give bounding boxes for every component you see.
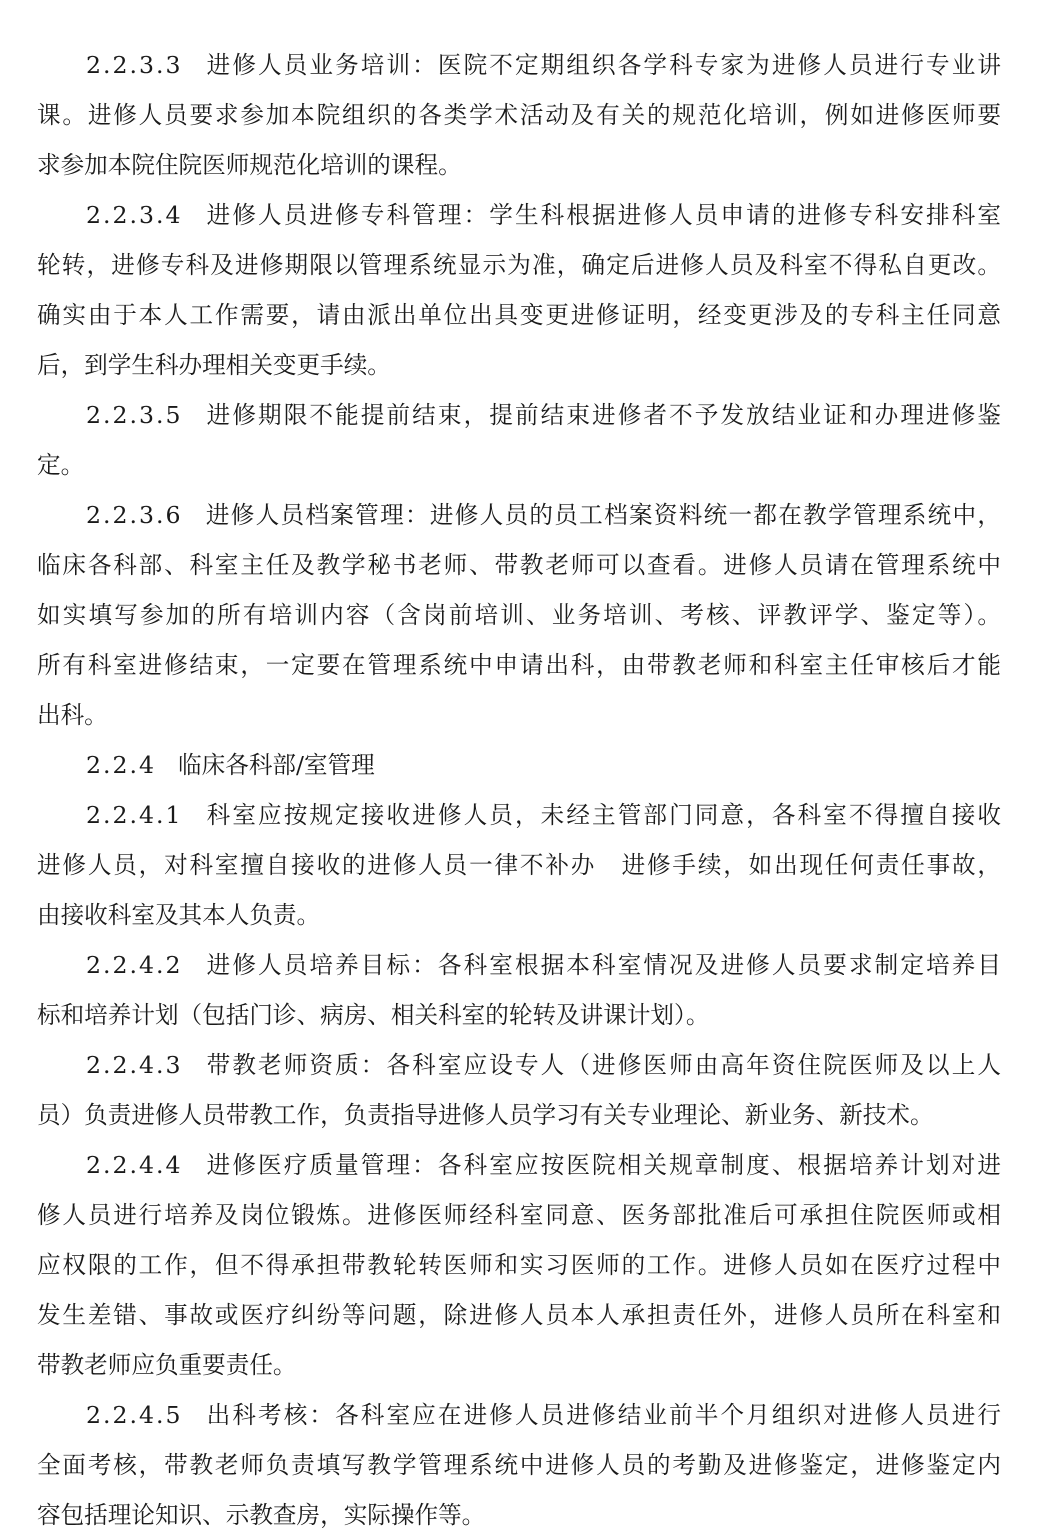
section-number: 2.2.3.3 (86, 51, 183, 79)
paragraph-line: 轮转，进修专科及进修期限以管理系统显示为准，确定后进修人员及科室不得私自更改。 (37, 240, 1001, 290)
line-text: 进修人员业务培训：医院不定期组织各学科专家为进修人员进行专业讲 (205, 51, 1001, 79)
paragraph-line: 如实填写参加的所有培训内容（含岗前培训、业务培训、考核、评教评学、鉴定等）。 (37, 590, 1001, 640)
section-heading: 2.2.4临床各科部/室管理 (37, 740, 1001, 790)
paragraph-line: 求参加本院住院医师规范化培训的课程。 (37, 140, 1001, 190)
paragraph-line: 课。进修人员要求参加本院组织的各类学术活动及有关的规范化培训，例如进修医师要 (37, 90, 1001, 140)
paragraph-line: 2.2.4.2进修人员培养目标：各科室根据本科室情况及进修人员要求制定培养目 (37, 940, 1001, 990)
paragraph-line: 进修人员，对科室擅自接收的进修人员一律不补办 进修手续，如出现任何责任事故， (37, 840, 1001, 890)
line-text: 带教老师资质：各科室应设专人（进修医师由高年资住院医师及以上人 (205, 1051, 1001, 1079)
section-number: 2.2.4 (86, 751, 156, 779)
paragraph-line: 后，到学生科办理相关变更手续。 (37, 340, 1001, 390)
section-number: 2.2.4.2 (86, 951, 183, 979)
heading-text: 临床各科部/室管理 (178, 751, 375, 779)
paragraph-line: 2.2.3.4进修人员进修专科管理：学生科根据进修人员申请的进修专科安排科室 (37, 190, 1001, 240)
paragraph-line: 发生差错、事故或医疗纠纷等问题，除进修人员本人承担责任外，进修人员所在科室和 (37, 1290, 1001, 1340)
line-text: 出科考核：各科室应在进修人员进修结业前半个月组织对进修人员进行 (205, 1401, 1001, 1429)
paragraph-line: 标和培养计划（包括门诊、病房、相关科室的轮转及讲课计划）。 (37, 990, 1001, 1040)
section-number: 2.2.4.3 (86, 1051, 183, 1079)
line-text: 进修人员进修专科管理：学生科根据进修人员申请的进修专科安排科室 (205, 201, 1001, 229)
paragraph-2-2-3-5: 2.2.3.5进修期限不能提前结束，提前结束进修者不予发放结业证和办理进修鉴 定… (37, 390, 1001, 490)
section-number: 2.2.4.1 (86, 801, 183, 829)
paragraph-line: 修人员进行培养及岗位锻炼。进修医师经科室同意、医务部批准后可承担住院医师或相 (37, 1190, 1001, 1240)
paragraph-line: 由接收科室及其本人负责。 (37, 890, 1001, 940)
paragraph-2-2-4-4: 2.2.4.4进修医疗质量管理：各科室应按医院相关规章制度、根据培养计划对进 修… (37, 1140, 1001, 1390)
paragraph-line: 带教老师应负重要责任。 (37, 1340, 1001, 1390)
section-number: 2.2.4.4 (86, 1151, 183, 1179)
paragraph-2-2-4-3: 2.2.4.3带教老师资质：各科室应设专人（进修医师由高年资住院医师及以上人 员… (37, 1040, 1001, 1140)
paragraph-2-2-4-2: 2.2.4.2进修人员培养目标：各科室根据本科室情况及进修人员要求制定培养目 标… (37, 940, 1001, 1040)
paragraph-line: 2.2.4.4进修医疗质量管理：各科室应按医院相关规章制度、根据培养计划对进 (37, 1140, 1001, 1190)
line-text: 进修医疗质量管理：各科室应按医院相关规章制度、根据培养计划对进 (205, 1151, 1001, 1179)
document-page: 2.2.3.3进修人员业务培训：医院不定期组织各学科专家为进修人员进行专业讲 课… (37, 40, 1001, 1532)
paragraph-line: 2.2.4.3带教老师资质：各科室应设专人（进修医师由高年资住院医师及以上人 (37, 1040, 1001, 1090)
paragraph-line: 2.2.4.1科室应按规定接收进修人员，未经主管部门同意，各科室不得擅自接收 (37, 790, 1001, 840)
paragraph-line: 员）负责进修人员带教工作，负责指导进修人员学习有关专业理论、新业务、新技术。 (37, 1090, 1001, 1140)
paragraph-line: 定。 (37, 440, 1001, 490)
paragraph-2-2-4-5: 2.2.4.5出科考核：各科室应在进修人员进修结业前半个月组织对进修人员进行 全… (37, 1390, 1001, 1532)
section-number: 2.2.3.4 (86, 201, 183, 229)
paragraph-line: 2.2.3.3进修人员业务培训：医院不定期组织各学科专家为进修人员进行专业讲 (37, 40, 1001, 90)
paragraph-line: 2.2.4.5出科考核：各科室应在进修人员进修结业前半个月组织对进修人员进行 (37, 1390, 1001, 1440)
paragraph-2-2-4-1: 2.2.4.1科室应按规定接收进修人员，未经主管部门同意，各科室不得擅自接收 进… (37, 790, 1001, 940)
line-text: 进修人员档案管理：进修人员的员工档案资料统一都在教学管理系统中， (205, 501, 1001, 529)
paragraph-line: 2.2.3.5进修期限不能提前结束，提前结束进修者不予发放结业证和办理进修鉴 (37, 390, 1001, 440)
paragraph-line: 出科。 (37, 690, 1001, 740)
line-text: 进修人员培养目标：各科室根据本科室情况及进修人员要求制定培养目 (205, 951, 1001, 979)
line-text: 科室应按规定接收进修人员，未经主管部门同意，各科室不得擅自接收 (205, 801, 1001, 829)
paragraph-2-2-3-3: 2.2.3.3进修人员业务培训：医院不定期组织各学科专家为进修人员进行专业讲 课… (37, 40, 1001, 190)
paragraph-line: 确实由于本人工作需要，请由派出单位出具变更进修证明，经变更涉及的专科主任同意 (37, 290, 1001, 340)
paragraph-line: 全面考核，带教老师负责填写教学管理系统中进修人员的考勤及进修鉴定，进修鉴定内 (37, 1440, 1001, 1490)
paragraph-line: 应权限的工作，但不得承担带教轮转医师和实习医师的工作。进修人员如在医疗过程中 (37, 1240, 1001, 1290)
line-text: 进修期限不能提前结束，提前结束进修者不予发放结业证和办理进修鉴 (205, 401, 1001, 429)
section-heading-2-2-4: 2.2.4临床各科部/室管理 (37, 740, 1001, 790)
paragraph-line: 容包括理论知识、示教查房，实际操作等。 (37, 1490, 1001, 1532)
section-number: 2.2.3.5 (86, 401, 183, 429)
paragraph-line: 2.2.3.6进修人员档案管理：进修人员的员工档案资料统一都在教学管理系统中， (37, 490, 1001, 540)
paragraph-line: 临床各科部、科室主任及教学秘书老师、带教老师可以查看。进修人员请在管理系统中 (37, 540, 1001, 590)
paragraph-2-2-3-6: 2.2.3.6进修人员档案管理：进修人员的员工档案资料统一都在教学管理系统中， … (37, 490, 1001, 740)
section-number: 2.2.4.5 (86, 1401, 183, 1429)
paragraph-2-2-3-4: 2.2.3.4进修人员进修专科管理：学生科根据进修人员申请的进修专科安排科室 轮… (37, 190, 1001, 390)
section-number: 2.2.3.6 (86, 501, 183, 529)
paragraph-line: 所有科室进修结束，一定要在管理系统中申请出科，由带教老师和科室主任审核后才能 (37, 640, 1001, 690)
